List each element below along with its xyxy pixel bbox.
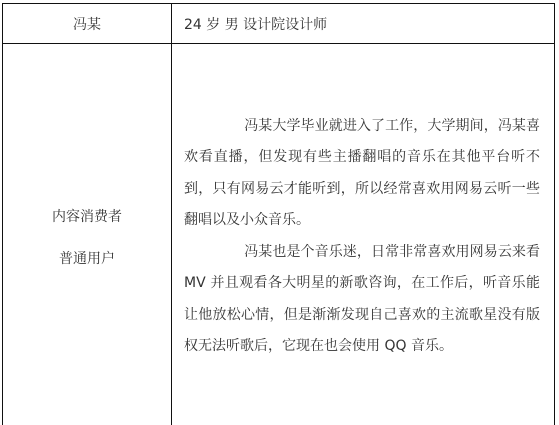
header-row: 冯某 24 岁 男 设计院设计师 <box>3 4 555 44</box>
persona-name: 冯某 <box>73 17 101 33</box>
user-type: 普通用户 <box>3 249 171 269</box>
role-type: 内容消费者 <box>3 207 171 227</box>
persona-story-cell: 冯某大学毕业就进入了工作，大学期间，冯某喜欢看直播，但发现有些主播翻唱的音乐在其… <box>172 44 555 425</box>
story-paragraph-1: 冯某大学毕业就进入了工作，大学期间，冯某喜欢看直播，但发现有些主播翻唱的音乐在其… <box>184 111 540 237</box>
persona-table: 冯某 24 岁 男 设计院设计师 内容消费者 普通用户 冯某大学毕业就进入了工作… <box>2 3 555 425</box>
persona-role-cell: 内容消费者 普通用户 <box>3 44 172 425</box>
story-paragraph-2: 冯某也是个音乐迷，日常非常喜欢用网易云来看 MV 并且观看各大明星的新歌咨询，在… <box>184 237 540 363</box>
persona-info: 24 岁 男 设计院设计师 <box>184 17 327 33</box>
detail-row: 内容消费者 普通用户 冯某大学毕业就进入了工作，大学期间，冯某喜欢看直播，但发现… <box>3 44 555 425</box>
persona-name-cell: 冯某 <box>3 4 172 44</box>
persona-info-cell: 24 岁 男 设计院设计师 <box>172 4 555 44</box>
